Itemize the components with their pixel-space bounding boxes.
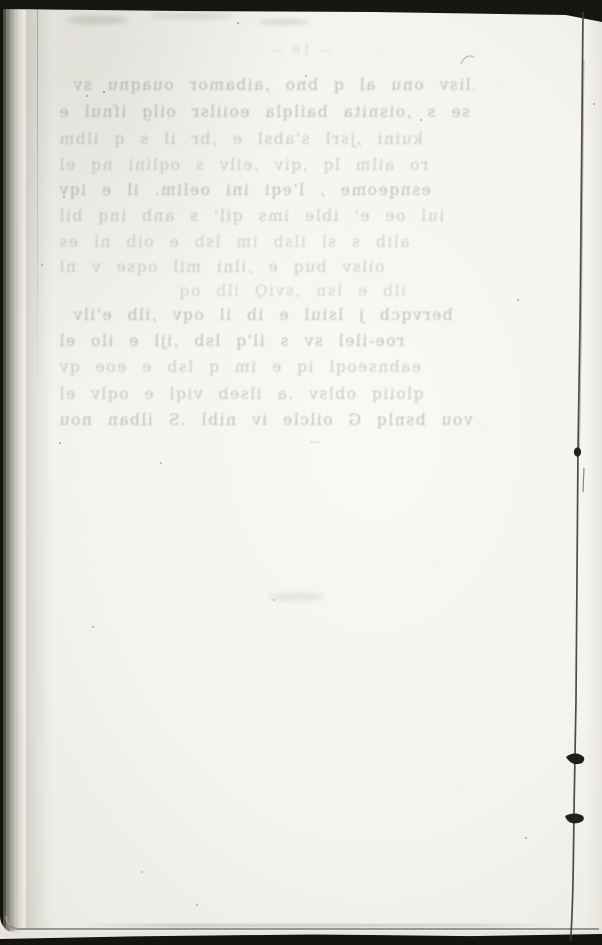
thread-tuft-lower [565,814,584,824]
hair-mark [461,56,474,64]
scanned-book-page: — 18 — omanba aulisv onu al q bno ,aibam… [0,0,602,945]
binding-thread-layer [0,0,602,945]
thread-fray-strand [583,468,584,492]
binding-thread [571,12,584,941]
thread-tuft-upper [566,753,584,764]
thread-knot-bead [574,447,581,456]
